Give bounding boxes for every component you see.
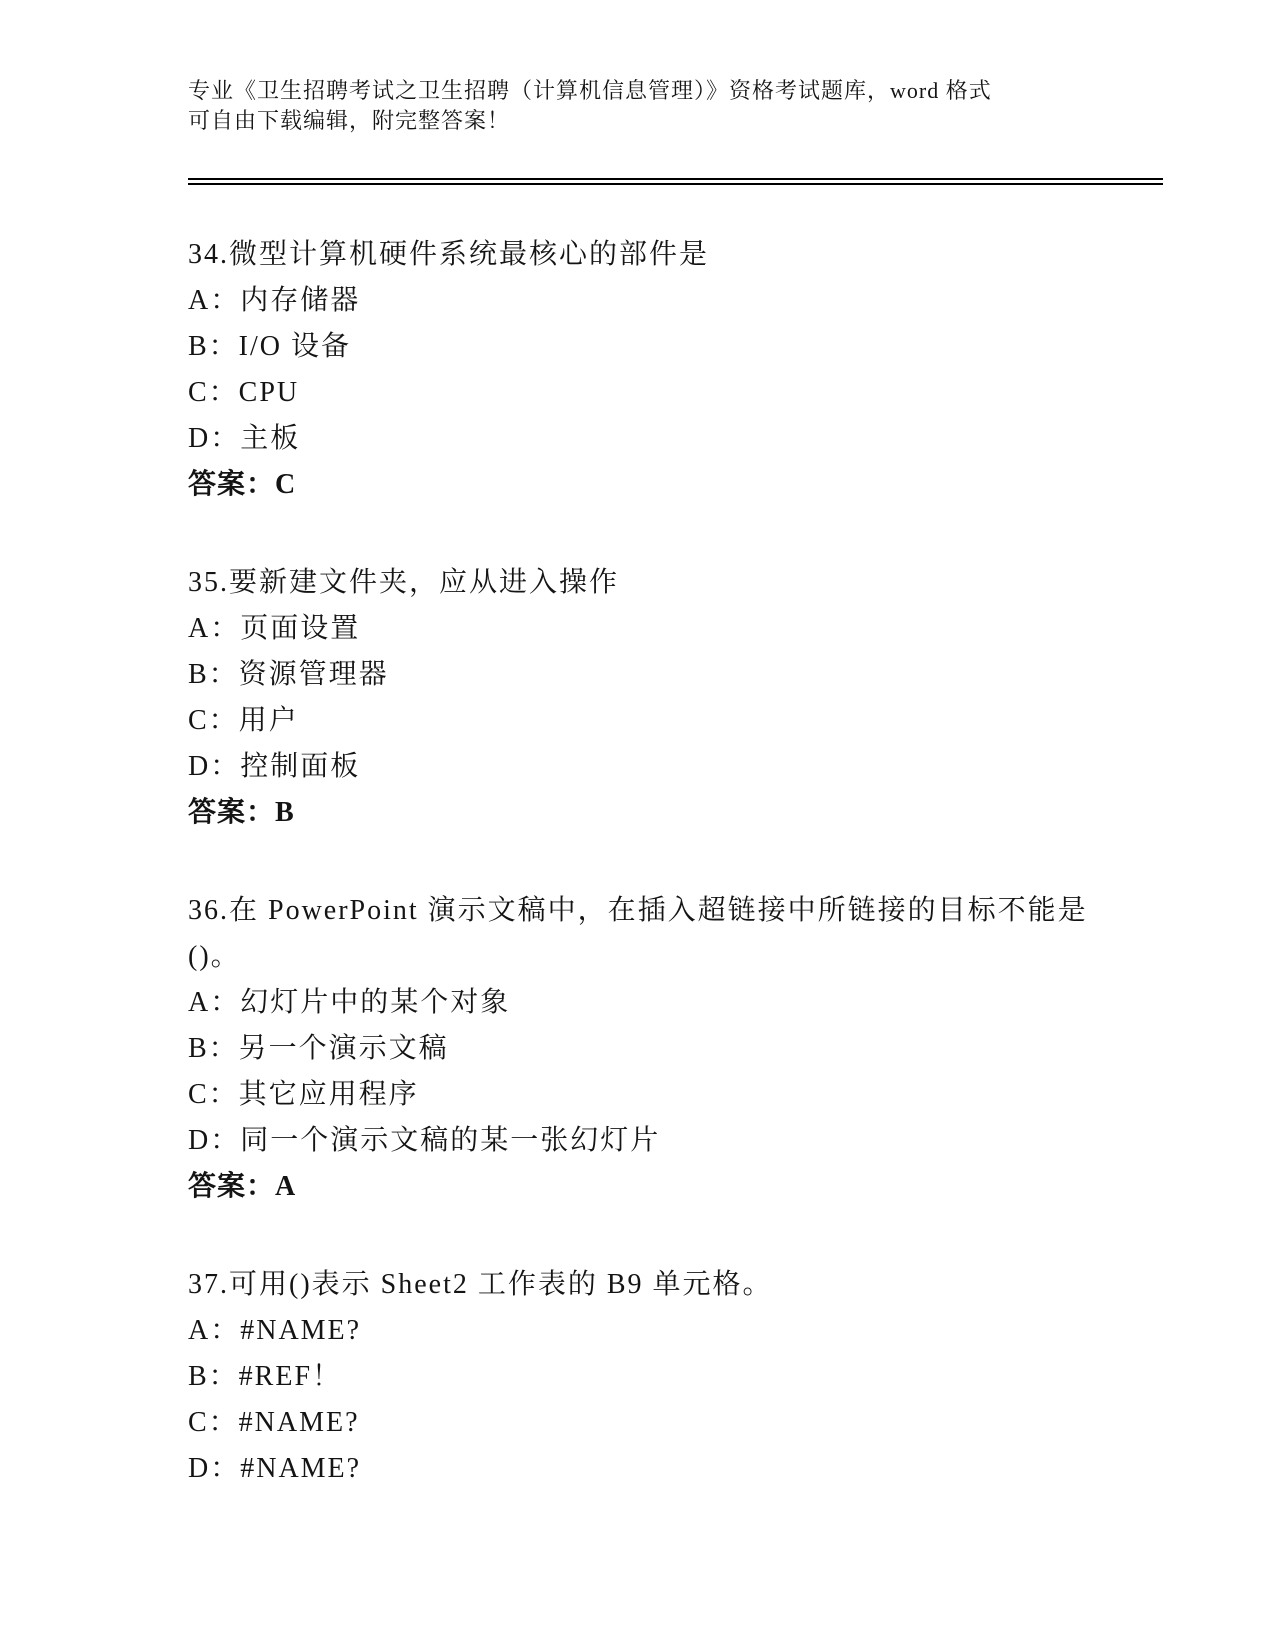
question-36-option-b: B：另一个演示文稿 — [188, 1026, 1128, 1072]
document-page: 专业《卫生招聘考试之卫生招聘（计算机信息管理）》资格考试题库，word 格式 可… — [0, 0, 1275, 1650]
header-text: 专业《卫生招聘考试之卫生招聘（计算机信息管理）》资格考试题库，word 格式 可… — [188, 76, 1118, 136]
question-37-option-a: A：#NAME? — [188, 1308, 1128, 1354]
question-36-text-line-2: ()。 — [188, 934, 1128, 980]
question-35-text: 35.要新建文件夹，应从进入操作 — [188, 560, 1128, 606]
question-36-answer: 答案：A — [188, 1164, 1128, 1210]
question-list: 34.微型计算机硬件系统最核心的部件是 A：内存储器 B：I/O 设备 C：CP… — [188, 232, 1175, 1492]
question-36-option-a: A：幻灯片中的某个对象 — [188, 980, 1128, 1026]
question-37-option-d: D：#NAME? — [188, 1446, 1128, 1492]
question-34-text: 34.微型计算机硬件系统最核心的部件是 — [188, 232, 1128, 278]
question-36: 36.在 PowerPoint 演示文稿中，在插入超链接中所链接的目标不能是 (… — [188, 888, 1128, 1210]
question-36-option-c: C：其它应用程序 — [188, 1072, 1128, 1118]
question-37-option-c: C：#NAME? — [188, 1400, 1128, 1446]
question-35-option-b: B：资源管理器 — [188, 652, 1128, 698]
question-35-option-c: C：用户 — [188, 698, 1128, 744]
question-36-option-d: D：同一个演示文稿的某一张幻灯片 — [188, 1118, 1128, 1164]
question-35: 35.要新建文件夹，应从进入操作 A：页面设置 B：资源管理器 C：用户 D：控… — [188, 560, 1128, 836]
question-35-option-d: D：控制面板 — [188, 744, 1128, 790]
question-37-text: 37.可用()表示 Sheet2 工作表的 B9 单元格。 — [188, 1262, 1128, 1308]
question-34-option-c: C：CPU — [188, 370, 1128, 416]
question-36-text-line-1: 36.在 PowerPoint 演示文稿中，在插入超链接中所链接的目标不能是 — [188, 888, 1128, 934]
question-34-option-b: B：I/O 设备 — [188, 324, 1128, 370]
question-37-option-b: B：#REF！ — [188, 1354, 1128, 1400]
question-35-answer: 答案：B — [188, 790, 1128, 836]
question-34: 34.微型计算机硬件系统最核心的部件是 A：内存储器 B：I/O 设备 C：CP… — [188, 232, 1128, 508]
page-header: 专业《卫生招聘考试之卫生招聘（计算机信息管理）》资格考试题库，word 格式 可… — [188, 76, 1175, 185]
question-37: 37.可用()表示 Sheet2 工作表的 B9 单元格。 A：#NAME? B… — [188, 1262, 1128, 1492]
question-34-option-d: D：主板 — [188, 416, 1128, 462]
question-35-option-a: A：页面设置 — [188, 606, 1128, 652]
question-34-answer: 答案：C — [188, 462, 1128, 508]
header-line-1: 专业《卫生招聘考试之卫生招聘（计算机信息管理）》资格考试题库，word 格式 — [188, 76, 1118, 106]
header-line-2: 可自由下载编辑，附完整答案！ — [188, 106, 1118, 136]
question-34-option-a: A：内存储器 — [188, 278, 1128, 324]
header-divider-rule — [188, 178, 1163, 185]
